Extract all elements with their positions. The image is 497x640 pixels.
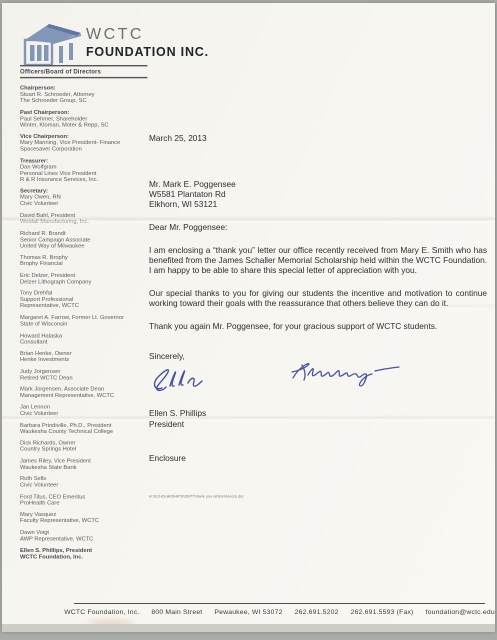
officer-line: Retired WCTC Dean (20, 374, 147, 380)
officer-entry: Treasurer:Dan WolfgramPersonal Lines Vic… (20, 157, 147, 182)
officer-line: United Way of Milwaukee (20, 242, 147, 248)
recipient-name: Mr. Mark E. Poggensee (149, 179, 487, 189)
officer-line: Henke Investments (20, 356, 147, 362)
officer-line: Country Springs Hotel (20, 446, 147, 452)
signer-name: Ellen S. Phillips (149, 408, 487, 418)
officer-entry: Judy JorgensenRetired WCTC Dean (20, 368, 147, 381)
footer-street: 800 Main Street (151, 609, 202, 616)
officer-entry: Eric Delzer, PresidentDelzer Lithograph … (20, 272, 147, 285)
officer-entry: Secretary:Mary Owen, RNCivic Volunteer (20, 188, 147, 207)
officer-line: Weldall Manufacturing, Inc. (20, 218, 147, 224)
officer-entry: Jan LennonCivic Volunteer (20, 404, 147, 417)
officer-line: Civic Volunteer (20, 410, 147, 416)
officer-line: Representative, WCTC (20, 303, 147, 309)
org-name-line2: FOUNDATION INC. (86, 45, 209, 59)
officer-line: Consultant (20, 338, 147, 344)
officer-entry: Dawn VoigtAWP Representative, WCTC (20, 529, 147, 542)
salutation: Dear Mr. Poggensee: (149, 222, 487, 232)
officer-entry: Ellen S. Phillips, PresidentWCTC Foundat… (20, 547, 147, 560)
officer-line: Waukesha State Bank (20, 464, 147, 470)
officer-entry: Howard HalaskaConsultant (20, 332, 147, 345)
footer-phone: 262.691.5202 (295, 609, 339, 616)
officer-line: ProHealth Care (20, 500, 147, 506)
scanned-letter: WCTC FOUNDATION INC. Officers/Board of D… (0, 0, 497, 640)
document-file-path: H:\SCHOLARSHIPS\DEPT\thank you letters\d… (149, 495, 244, 498)
officer-line: R & R Insurance Services, Inc. (20, 176, 147, 182)
officers-list: Chairperson:Stuart R. Schroeder, Attorne… (20, 85, 147, 560)
paragraph-2: Our special thanks to you for giving our… (149, 288, 487, 308)
handwritten-signature-ellen (149, 362, 205, 400)
officer-line: Management Representative, WCTC (20, 392, 147, 398)
officer-line: Spacesaver Corporation (20, 146, 147, 152)
officer-entry: David Bahl, PresidentWeldall Manufacturi… (20, 212, 147, 225)
officer-entry: Ruth SellsCivic Volunteer (20, 475, 147, 488)
footer-contact-line: WCTC Foundation, Inc. 800 Main Street Pe… (74, 603, 485, 616)
enclosure-note: Enclosure (149, 453, 487, 463)
recipient-street: W5581 Plantaton Rd (149, 189, 487, 199)
officer-entry: Barbara Prindiville, Ph.D., PresidentWau… (20, 422, 147, 435)
officer-line: Winter, Kloman, Moter & Repp, SC (20, 121, 147, 127)
officer-entry: Vice Chairperson:Mary Manning, Vice Pres… (20, 133, 147, 152)
officers-heading: Officers/Board of Directors (20, 65, 147, 78)
footer-fax: 262.691.5593 (Fax) (351, 609, 414, 616)
org-name-line1: WCTC (86, 26, 209, 44)
officer-entry: James Riley, Vice PresidentWaukesha Stat… (20, 457, 147, 470)
officer-line: Civic Volunteer (20, 200, 147, 206)
officer-line: WCTC Foundation, Inc. (20, 553, 147, 559)
officers-sidebar: Officers/Board of Directors Chairperson:… (20, 65, 148, 595)
org-name: WCTC FOUNDATION INC. (86, 26, 209, 59)
recipient-city: Elkhorn, WI 53121 (149, 199, 487, 209)
officer-entry: Mark Jorgensen, Associate DeanManagement… (20, 386, 147, 399)
footer-city: Pewaukee, WI 53072 (214, 609, 282, 616)
letter-paper: WCTC FOUNDATION INC. Officers/Board of D… (2, 3, 495, 632)
letter-date: March 25, 2013 (149, 129, 487, 143)
letter-body: March 25, 2013 Mr. Mark E. Poggensee W55… (149, 129, 487, 463)
officer-entry: Ford Titus, CEO EmeritusProHealth Care (20, 493, 147, 506)
officer-entry: Brian Henke, OwnerHenke Investments (20, 350, 147, 363)
officer-line: Brophy Financial (20, 260, 147, 266)
footer-org: WCTC Foundation, Inc. (64, 609, 139, 616)
officer-entry: Mary VasquezFaculty Representative, WCTC (20, 511, 147, 524)
paragraph-3: Thank you again Mr. Poggensee, for your … (149, 321, 487, 331)
officer-line: Waukesha County Technical College (20, 428, 147, 434)
paragraph-1: I am enclosing a “thank you” letter our … (149, 245, 487, 275)
officer-entry: Chairperson:Stuart R. Schroeder, Attorne… (20, 85, 147, 104)
handwritten-thank-you-note (287, 356, 407, 392)
officer-entry: Thomas R. BrophyBrophy Financial (20, 254, 147, 267)
officer-entry: Past Chairperson:Paul Sehmer, Shareholde… (20, 109, 147, 128)
recipient-address: Mr. Mark E. Poggensee W5581 Plantaton Rd… (149, 179, 487, 209)
officer-line: AWP Representative, WCTC (20, 535, 147, 541)
officer-entry: Richard R. BrandtSenior Campaign Associa… (20, 230, 147, 249)
officer-line: The Schroeder Group, SC (20, 97, 147, 103)
officer-line: Faculty Representative, WCTC (20, 518, 147, 524)
footer-email: foundation@wctc.edu (426, 609, 495, 616)
officer-entry: Margaret A. Farrow, Former Lt. GovernorS… (20, 314, 147, 327)
signer-title: President (149, 419, 487, 429)
officer-line: Delzer Lithograph Company (20, 278, 147, 284)
officer-line: State of Wisconsin (20, 320, 147, 326)
scan-edge (2, 624, 495, 632)
officer-line: Civic Volunteer (20, 482, 147, 488)
officer-entry: Tony DrehfalSupport ProfessionalRepresen… (20, 290, 147, 309)
signature-row (149, 362, 487, 406)
officer-entry: Dick Richards, OwnerCountry Springs Hote… (20, 440, 147, 453)
